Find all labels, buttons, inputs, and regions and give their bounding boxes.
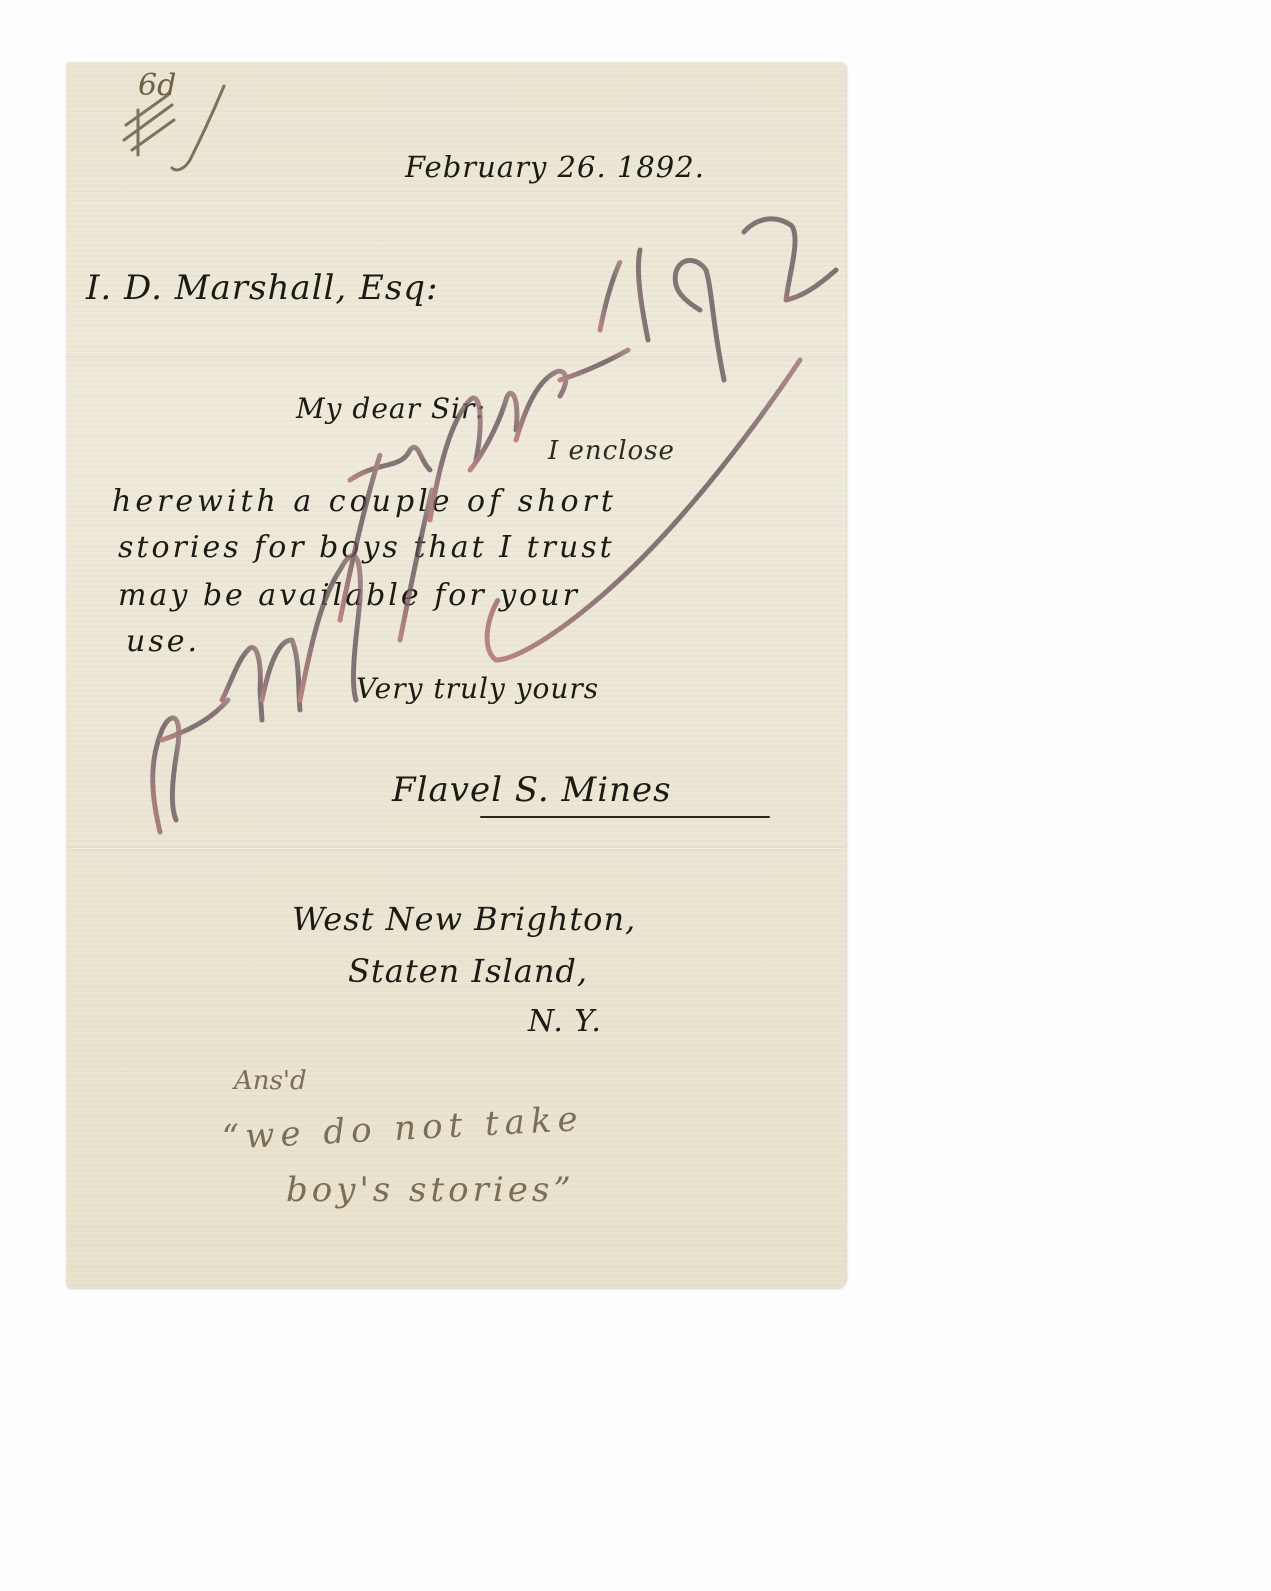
pencil-reply-label: Ans'd (234, 1066, 307, 1096)
date-line: February 26. 1892. (405, 150, 705, 184)
corner-notation: 6d (138, 68, 176, 103)
closing: Very truly yours (356, 672, 599, 705)
address-line-3: N. Y. (528, 1004, 602, 1039)
body-line-4: may be available for your (118, 578, 580, 613)
body-line-1: I enclose (548, 436, 675, 466)
address-line-1: West New Brighton, (292, 900, 636, 938)
signature-underline (480, 816, 770, 818)
body-line-2: herewith a couple of short (112, 484, 617, 519)
fold-line-lower (66, 847, 846, 850)
pencil-reply-line-2: boy's stories” (286, 1170, 575, 1210)
signature: Flavel S. Mines (392, 770, 672, 810)
body-line-5: use. (126, 624, 200, 659)
salutation: My dear Sir: (296, 392, 486, 425)
addressee: I. D. Marshall, Esq: (86, 268, 439, 308)
scanned-page: 6d February 26. 1892. I. D. Marshall, Es… (0, 0, 1271, 1591)
body-line-3: stories for boys that I trust (118, 530, 615, 565)
fold-line-upper (66, 357, 846, 360)
address-line-2: Staten Island, (348, 952, 588, 990)
